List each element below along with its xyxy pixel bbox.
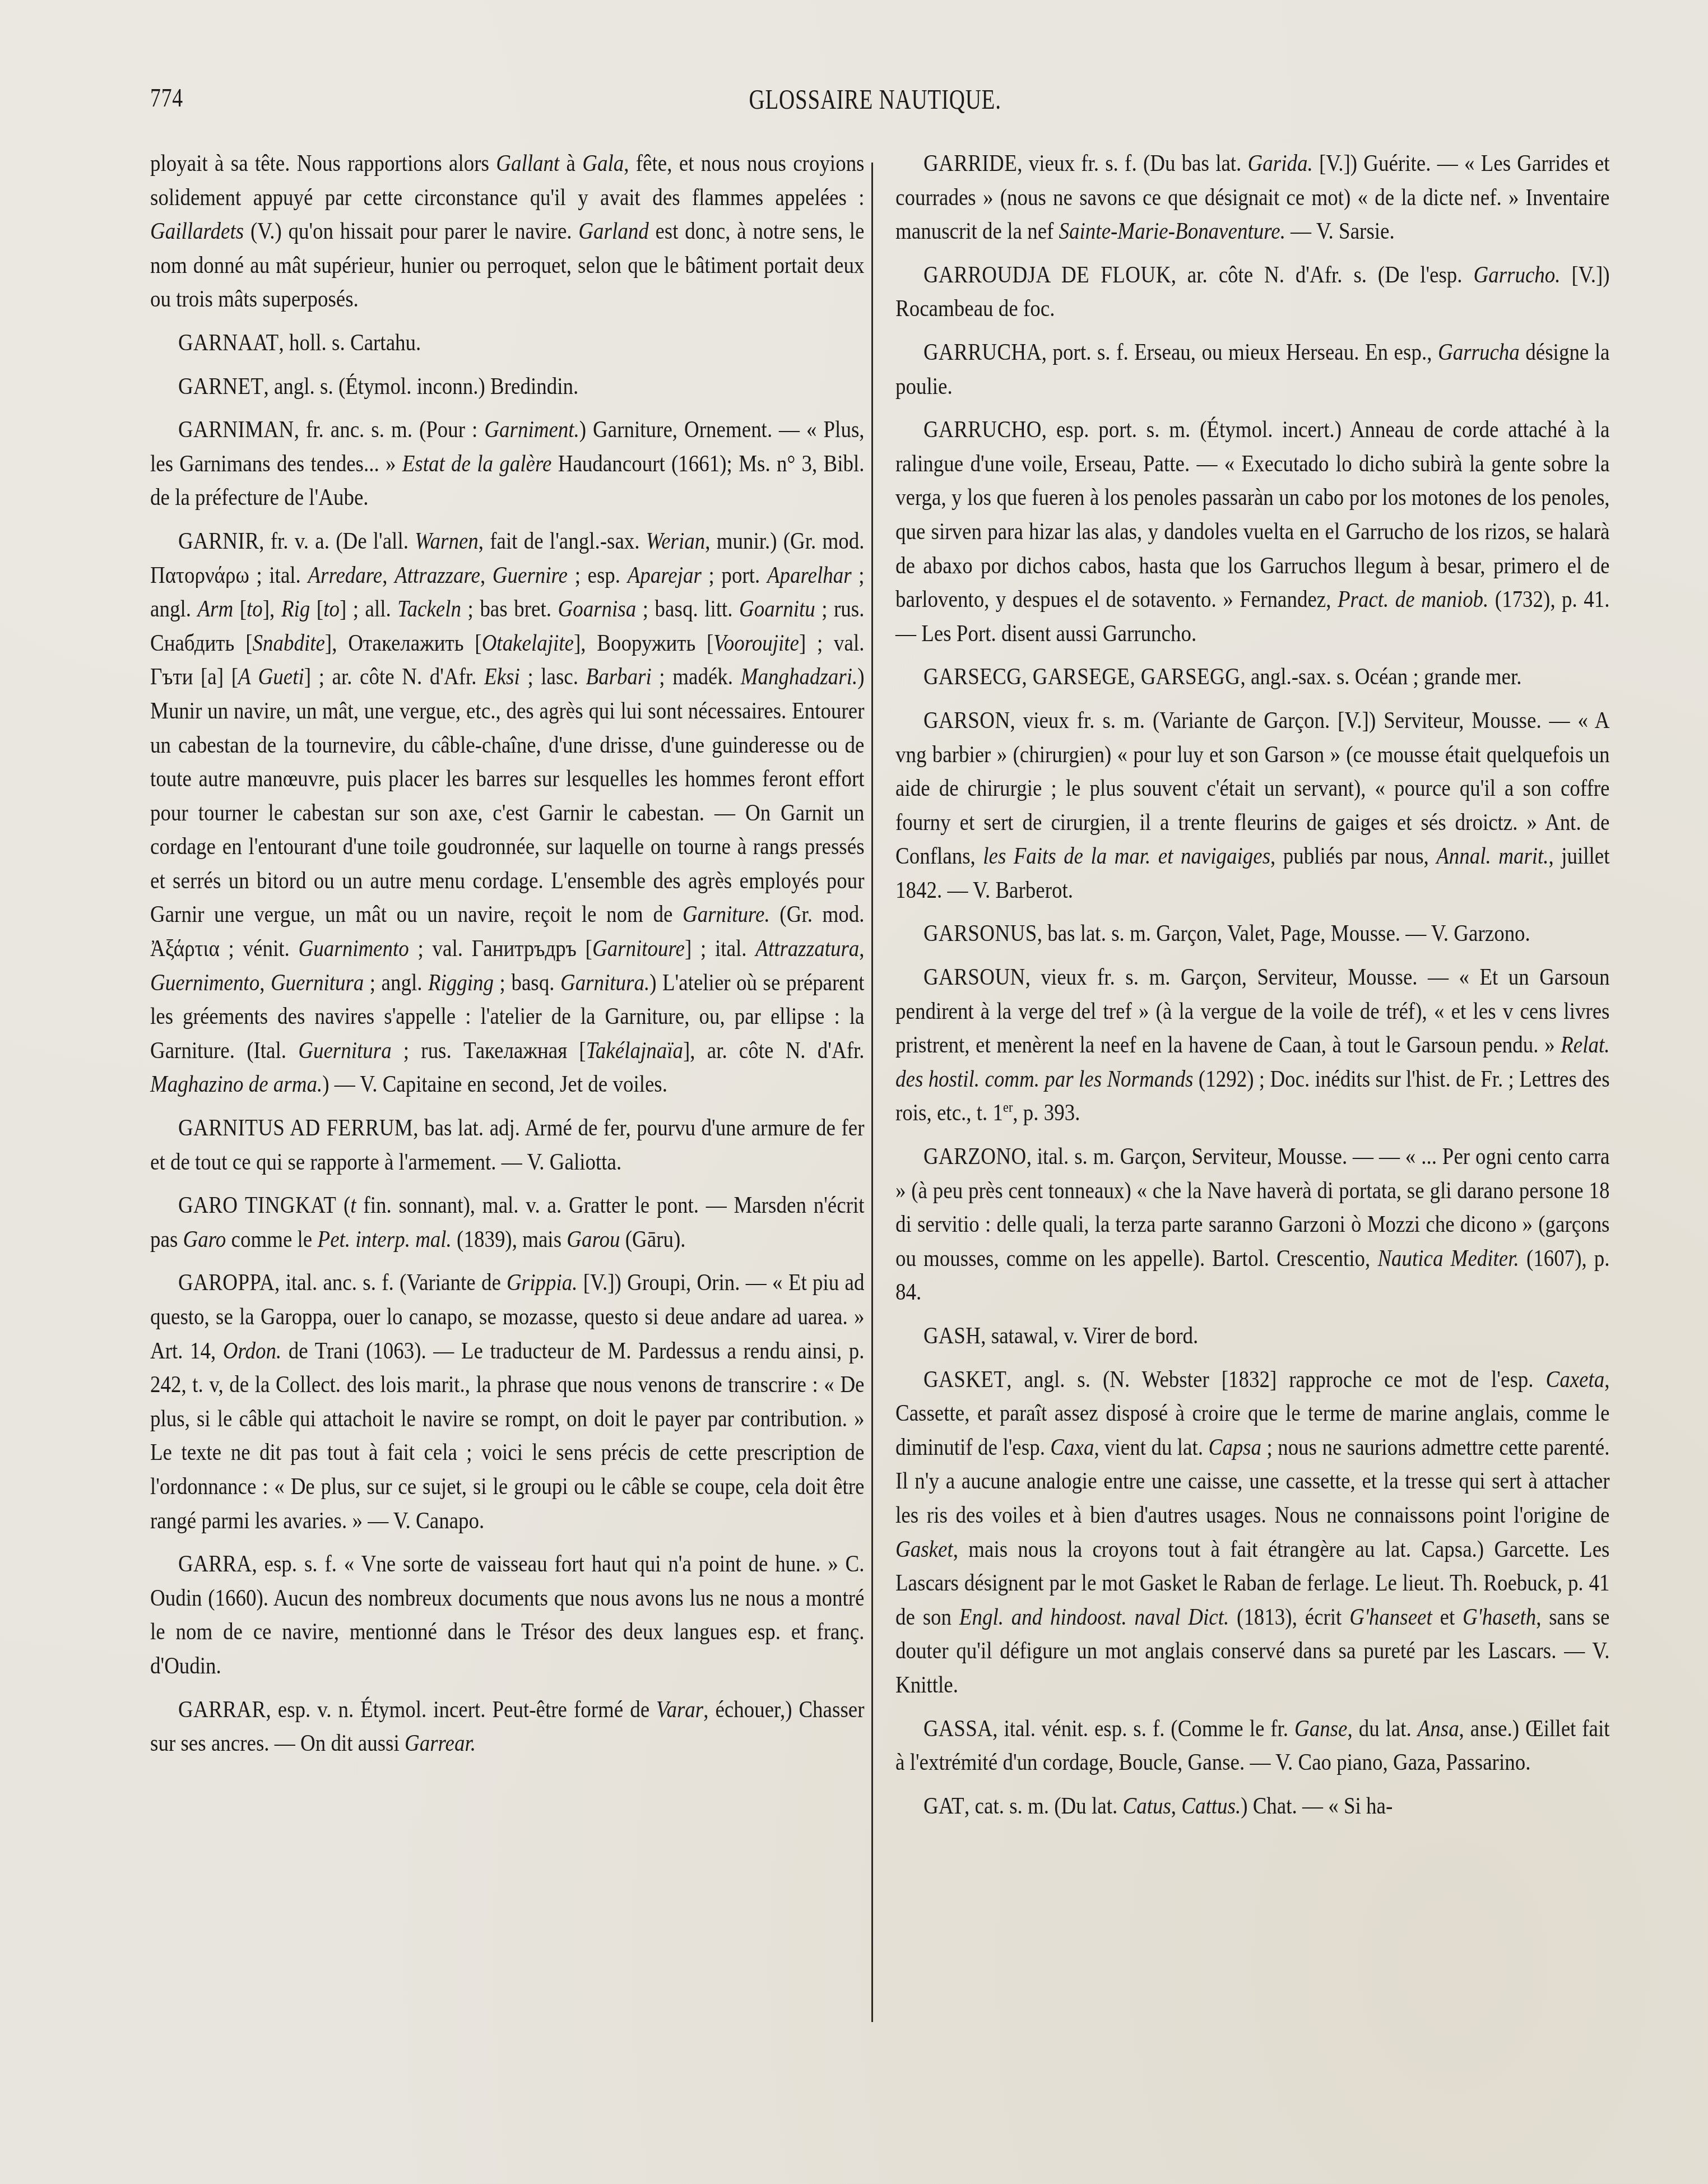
entry-text: , esp. port. s. m. (Étymol. incert.) Ann… [895, 416, 1610, 613]
entry-text: ; port. [702, 562, 767, 588]
italic-term: Gaillardets [150, 218, 244, 244]
italic-term: Garland [578, 218, 648, 244]
headword: GARNIMAN [178, 416, 294, 443]
entry-text: ; esp. [568, 562, 628, 588]
italic-term: les Faits de la mar. et navigaiges [983, 843, 1270, 869]
glossary-entry: GARRIDE, vieux fr. s. f. (Du bas lat. Ga… [895, 147, 1610, 249]
italic-term: Garniture. [683, 901, 770, 928]
italic-term: Snabdite [252, 630, 324, 656]
entry-text: , satawal, v. Virer de bord. [981, 1323, 1198, 1349]
glossary-entry: GAROPPA, ital. anc. s. f. (Variante de G… [150, 1266, 865, 1538]
italic-term: Capsa [1208, 1434, 1261, 1460]
italic-term: Guernimento [150, 970, 259, 996]
entry-text: , angl. s. (Étymol. inconn.) Bredindin. [263, 373, 578, 400]
italic-term: Attrazzare [394, 562, 480, 588]
headword: GARNIR [178, 528, 259, 554]
entry-text: ; bas bret. [461, 596, 558, 622]
headword: GAT [923, 1793, 964, 1819]
entry-text: ; val. Ганитръдръ [ [409, 935, 592, 962]
entry-text: , [859, 935, 864, 962]
headword: GARSECG, GARSEGE, GARSEGG [923, 664, 1241, 690]
italic-term: Tackeln [397, 596, 461, 622]
entry-text: , ar. côte N. d'Afr. s. (De l'esp. [1171, 262, 1474, 288]
glossary-entry: GASKET, angl. s. (N. Webster [1832] rapp… [895, 1363, 1610, 1703]
italic-term: Ordon. [223, 1338, 281, 1364]
italic-term: Catus [1123, 1793, 1171, 1819]
italic-term: Ansa [1418, 1715, 1459, 1742]
glossary-entry: GARRUCHA, port. s. f. Erseau, ou mieux H… [895, 336, 1610, 404]
italic-term: Gallant [496, 150, 559, 177]
italic-term: to [323, 596, 340, 622]
entry-text: , angl. s. (N. Webster [1832] rapproche … [1006, 1366, 1545, 1393]
italic-term: Rigging [428, 970, 494, 996]
italic-term: Garniment. [484, 416, 579, 443]
italic-term: Grippia. [507, 1269, 577, 1296]
italic-term: Rig [281, 596, 310, 622]
italic-term: Nautica Mediter. [1377, 1245, 1519, 1272]
italic-term: G'hanseet [1349, 1604, 1432, 1630]
italic-term: Engl. and hindoost. naval Dict. [959, 1604, 1229, 1630]
left-column: ployait à sa tête. Nous rapportions alor… [150, 147, 865, 1770]
italic-term: Ganse [1294, 1715, 1347, 1742]
italic-term: Garo [183, 1226, 226, 1253]
right-column-entries: GARRIDE, vieux fr. s. f. (Du bas lat. Ga… [895, 147, 1610, 1823]
glossary-entry: GAT, cat. s. m. (Du lat. Catus, Cattus.)… [895, 1789, 1610, 1824]
entry-text: , [259, 970, 271, 996]
entry-text: comme le [226, 1226, 317, 1253]
entry-text: ; basq. [494, 970, 560, 996]
italic-term: Pet. interp. mal. [318, 1226, 452, 1253]
glossary-entry: GARSECG, GARSEGE, GARSEGG, angl.-sax. s.… [895, 660, 1610, 694]
headword: GASKET [923, 1366, 1006, 1393]
entry-text: , ital. vénit. esp. s. f. (Comme le fr. [992, 1715, 1294, 1742]
italic-term: Warnen [415, 528, 479, 554]
headword: GARNET [178, 373, 264, 400]
italic-term: Guarnimento [299, 935, 409, 962]
italic-term: Garrear. [405, 1730, 476, 1756]
italic-term: Guernitura [298, 1037, 391, 1064]
entry-text: ) — V. Capitaine en second, Jet de voile… [322, 1071, 667, 1097]
entry-text: , angl.-sax. s. Océan ; grande mer. [1240, 664, 1521, 690]
glossary-entry: GASH, satawal, v. Virer de bord. [895, 1319, 1610, 1353]
glossary-entry: GARROUDJA DE FLOUK, ar. côte N. d'Afr. s… [895, 258, 1610, 326]
entry-text: , bas lat. s. m. Garçon, Valet, Page, Mo… [1037, 920, 1530, 947]
entry-text: et [1432, 1604, 1463, 1630]
entry-text: , ital. anc. s. f. (Variante de [275, 1269, 507, 1296]
entry-text: ; angl. [364, 970, 428, 996]
entry-text: ], Вооружить [ [574, 630, 713, 656]
entry-text: , fait de l'angl.-sax. [479, 528, 646, 554]
headword: GARSOUN [923, 964, 1025, 990]
headword: GARNAAT [178, 330, 279, 356]
entry-text: ( [336, 1192, 350, 1218]
italic-term: Aparejar [628, 562, 702, 588]
entry-text: , vieux fr. s. f. (Du bas lat. [1017, 150, 1247, 177]
entry-text: ; basq. litt. [636, 596, 739, 622]
italic-term: Guernitura [271, 970, 364, 996]
italic-term: Gala [582, 150, 624, 177]
entry-text: ], ar. côte N. d'Afr. [683, 1037, 865, 1064]
entry-text: de Trani (1063). — Le traducteur de M. P… [150, 1338, 865, 1534]
entry-text: (V.) qu'on hissait pour parer le navire. [244, 218, 578, 244]
italic-term: Garnitoure [592, 935, 685, 962]
italic-term: Guernire [493, 562, 568, 588]
entry-text: , publiés par nous, [1270, 843, 1436, 869]
entry-text: (1813), écrit [1229, 1604, 1349, 1630]
italic-term: A Gueti [238, 664, 304, 690]
italic-term: Pract. de maniob. [1338, 586, 1488, 613]
superscript: er [1003, 1099, 1013, 1115]
entry-text: , [382, 562, 394, 588]
entry-text: , fr. anc. s. m. (Pour : [294, 416, 485, 443]
entry-text: ], [263, 596, 281, 622]
italic-term: to [247, 596, 263, 622]
entry-text: — V. Sarsie. [1285, 218, 1395, 244]
headword: GARRIDE [923, 150, 1017, 177]
italic-term: Goarnisa [558, 596, 637, 622]
entry-text: ) Chat. — « Si ha- [1241, 1793, 1393, 1819]
italic-term: Garrucho. [1473, 262, 1560, 288]
italic-term: Werian [646, 528, 705, 554]
page-number: 774 [150, 83, 183, 113]
headword: GAROPPA [178, 1269, 275, 1296]
italic-term: Estat de la galère [402, 451, 552, 477]
glossary-entry: GARNIR, fr. v. a. (De l'all. Warnen, fai… [150, 525, 865, 1102]
glossary-entry: GASSA, ital. vénit. esp. s. f. (Comme le… [895, 1712, 1610, 1780]
entry-text: (Gāru). [620, 1226, 685, 1253]
entry-text: ; rus. Такелажная [ [392, 1037, 586, 1064]
headword: GARRA [178, 1551, 252, 1577]
headword: GARO TINGKAT [178, 1192, 336, 1218]
italic-term: Attrazzatura [755, 935, 859, 962]
headword: GARZONO [923, 1143, 1027, 1170]
entry-text: , cat. s. m. (Du lat. [964, 1793, 1122, 1819]
italic-term: t [350, 1192, 356, 1218]
headword: GARNITUS AD FERRUM [178, 1115, 413, 1141]
italic-term: Maghazino de arma. [150, 1071, 322, 1097]
entry-text: , [480, 562, 493, 588]
right-column: GARRIDE, vieux fr. s. f. (Du bas lat. Ga… [895, 147, 1611, 1833]
glossary-entry: GARNET, angl. s. (Étymol. inconn.) Bredi… [150, 370, 865, 404]
headword: GASH [923, 1323, 981, 1349]
entry-text: ] ; all. [340, 596, 397, 622]
entry-text: (1839), mais [452, 1226, 567, 1253]
italic-term: Otakelajite [482, 630, 574, 656]
headword: GARSON [923, 707, 1010, 734]
entry-text: ployait à sa tête. Nous rapportions alor… [150, 150, 496, 177]
italic-term: Barbari [586, 664, 652, 690]
italic-term: Arredare [308, 562, 382, 588]
italic-term: Sainte-Marie-Bonaventure. [1059, 218, 1285, 244]
entry-text: , esp. v. n. Étymol. incert. Peut-être f… [266, 1696, 656, 1723]
headword: GARRUCHO [923, 416, 1042, 443]
glossary-entry: GARZONO, ital. s. m. Garçon, Serviteur, … [895, 1140, 1610, 1310]
column-divider-rule [871, 163, 873, 2022]
italic-term: Annal. marit. [1436, 843, 1548, 869]
entry-text: ], Отакелажить [ [325, 630, 482, 656]
entry-text: , [1171, 1793, 1181, 1819]
italic-term: Takélajnaïa [586, 1037, 683, 1064]
italic-term: Garrucha [1438, 339, 1520, 365]
entry-text: ] ; ital. [685, 935, 755, 962]
entry-text: , p. 393. [1013, 1100, 1080, 1126]
italic-term: Vooroujite [713, 630, 799, 656]
entry-text: , esp. s. f. « Vne sorte de vaisseau for… [150, 1551, 865, 1679]
entry-text: ; lasc. [520, 664, 586, 690]
entry-text: ) Munir un navire, un mât, une vergue, e… [150, 664, 865, 928]
headword: GARROUDJA DE FLOUK [923, 262, 1171, 288]
headword: GASSA [923, 1715, 992, 1742]
glossary-entry: GARSONUS, bas lat. s. m. Garçon, Valet, … [895, 917, 1610, 951]
entry-text: ] ; ar. côte N. d'Afr. [304, 664, 484, 690]
entry-text: , vient du lat. [1094, 1434, 1208, 1460]
italic-term: Varar [656, 1696, 703, 1723]
italic-term: Garida. [1248, 150, 1313, 177]
running-title: GLOSSAIRE NAUTIQUE. [196, 83, 1528, 115]
glossary-entry: GARRUCHO, esp. port. s. m. (Étymol. ince… [895, 413, 1610, 651]
glossary-entry: GARSON, vieux fr. s. m. (Variante de Gar… [895, 704, 1610, 908]
italic-term: Aparelhar [767, 562, 852, 588]
italic-term: Caxa [1050, 1434, 1094, 1460]
glossary-entry: GARNITUS AD FERRUM, bas lat. adj. Armé d… [150, 1111, 865, 1179]
entry-text: à [559, 150, 582, 177]
italic-term: G'haseth [1463, 1604, 1536, 1630]
entry-text: , du lat. [1348, 1715, 1418, 1742]
glossary-entry: ployait à sa tête. Nous rapportions alor… [150, 147, 865, 317]
headword: GARRUCHA [923, 339, 1042, 365]
glossary-entry: GARNAAT, holl. s. Cartahu. [150, 326, 865, 360]
italic-term: Manghadzari. [741, 664, 858, 690]
headword: GARSONUS [923, 920, 1037, 947]
headword: GARRAR [178, 1696, 266, 1723]
italic-term: Goarnitu [739, 596, 815, 622]
italic-term: Garnitura. [560, 970, 649, 996]
glossary-entry: GARNIMAN, fr. anc. s. m. (Pour : Garnime… [150, 413, 865, 515]
glossary-entry: GARRAR, esp. v. n. Étymol. incert. Peut-… [150, 1693, 865, 1761]
entry-text: [ [310, 596, 323, 622]
glossary-entry: GARRA, esp. s. f. « Vne sorte de vaissea… [150, 1547, 865, 1683]
italic-term: Cattus. [1181, 1793, 1241, 1819]
entry-text: , holl. s. Cartahu. [279, 330, 421, 356]
italic-term: Arm [197, 596, 233, 622]
italic-term: Caxeta [1546, 1366, 1605, 1393]
entry-text: ; madék. [652, 664, 741, 690]
glossary-entry: GARO TINGKAT (t fin. sonnant), mal. v. a… [150, 1189, 865, 1256]
left-column-entries: ployait à sa tête. Nous rapportions alor… [150, 147, 865, 1761]
glossary-entry: GARSOUN, vieux fr. s. m. Garçon, Servite… [895, 961, 1610, 1130]
italic-term: Eksi [484, 664, 520, 690]
entry-text: [ [233, 596, 247, 622]
italic-term: Garou [567, 1226, 620, 1253]
entry-text: , port. s. f. Erseau, ou mieux Herseau. … [1042, 339, 1438, 365]
entry-text: , fr. v. a. (De l'all. [259, 528, 415, 554]
italic-term: Gasket [895, 1536, 953, 1562]
